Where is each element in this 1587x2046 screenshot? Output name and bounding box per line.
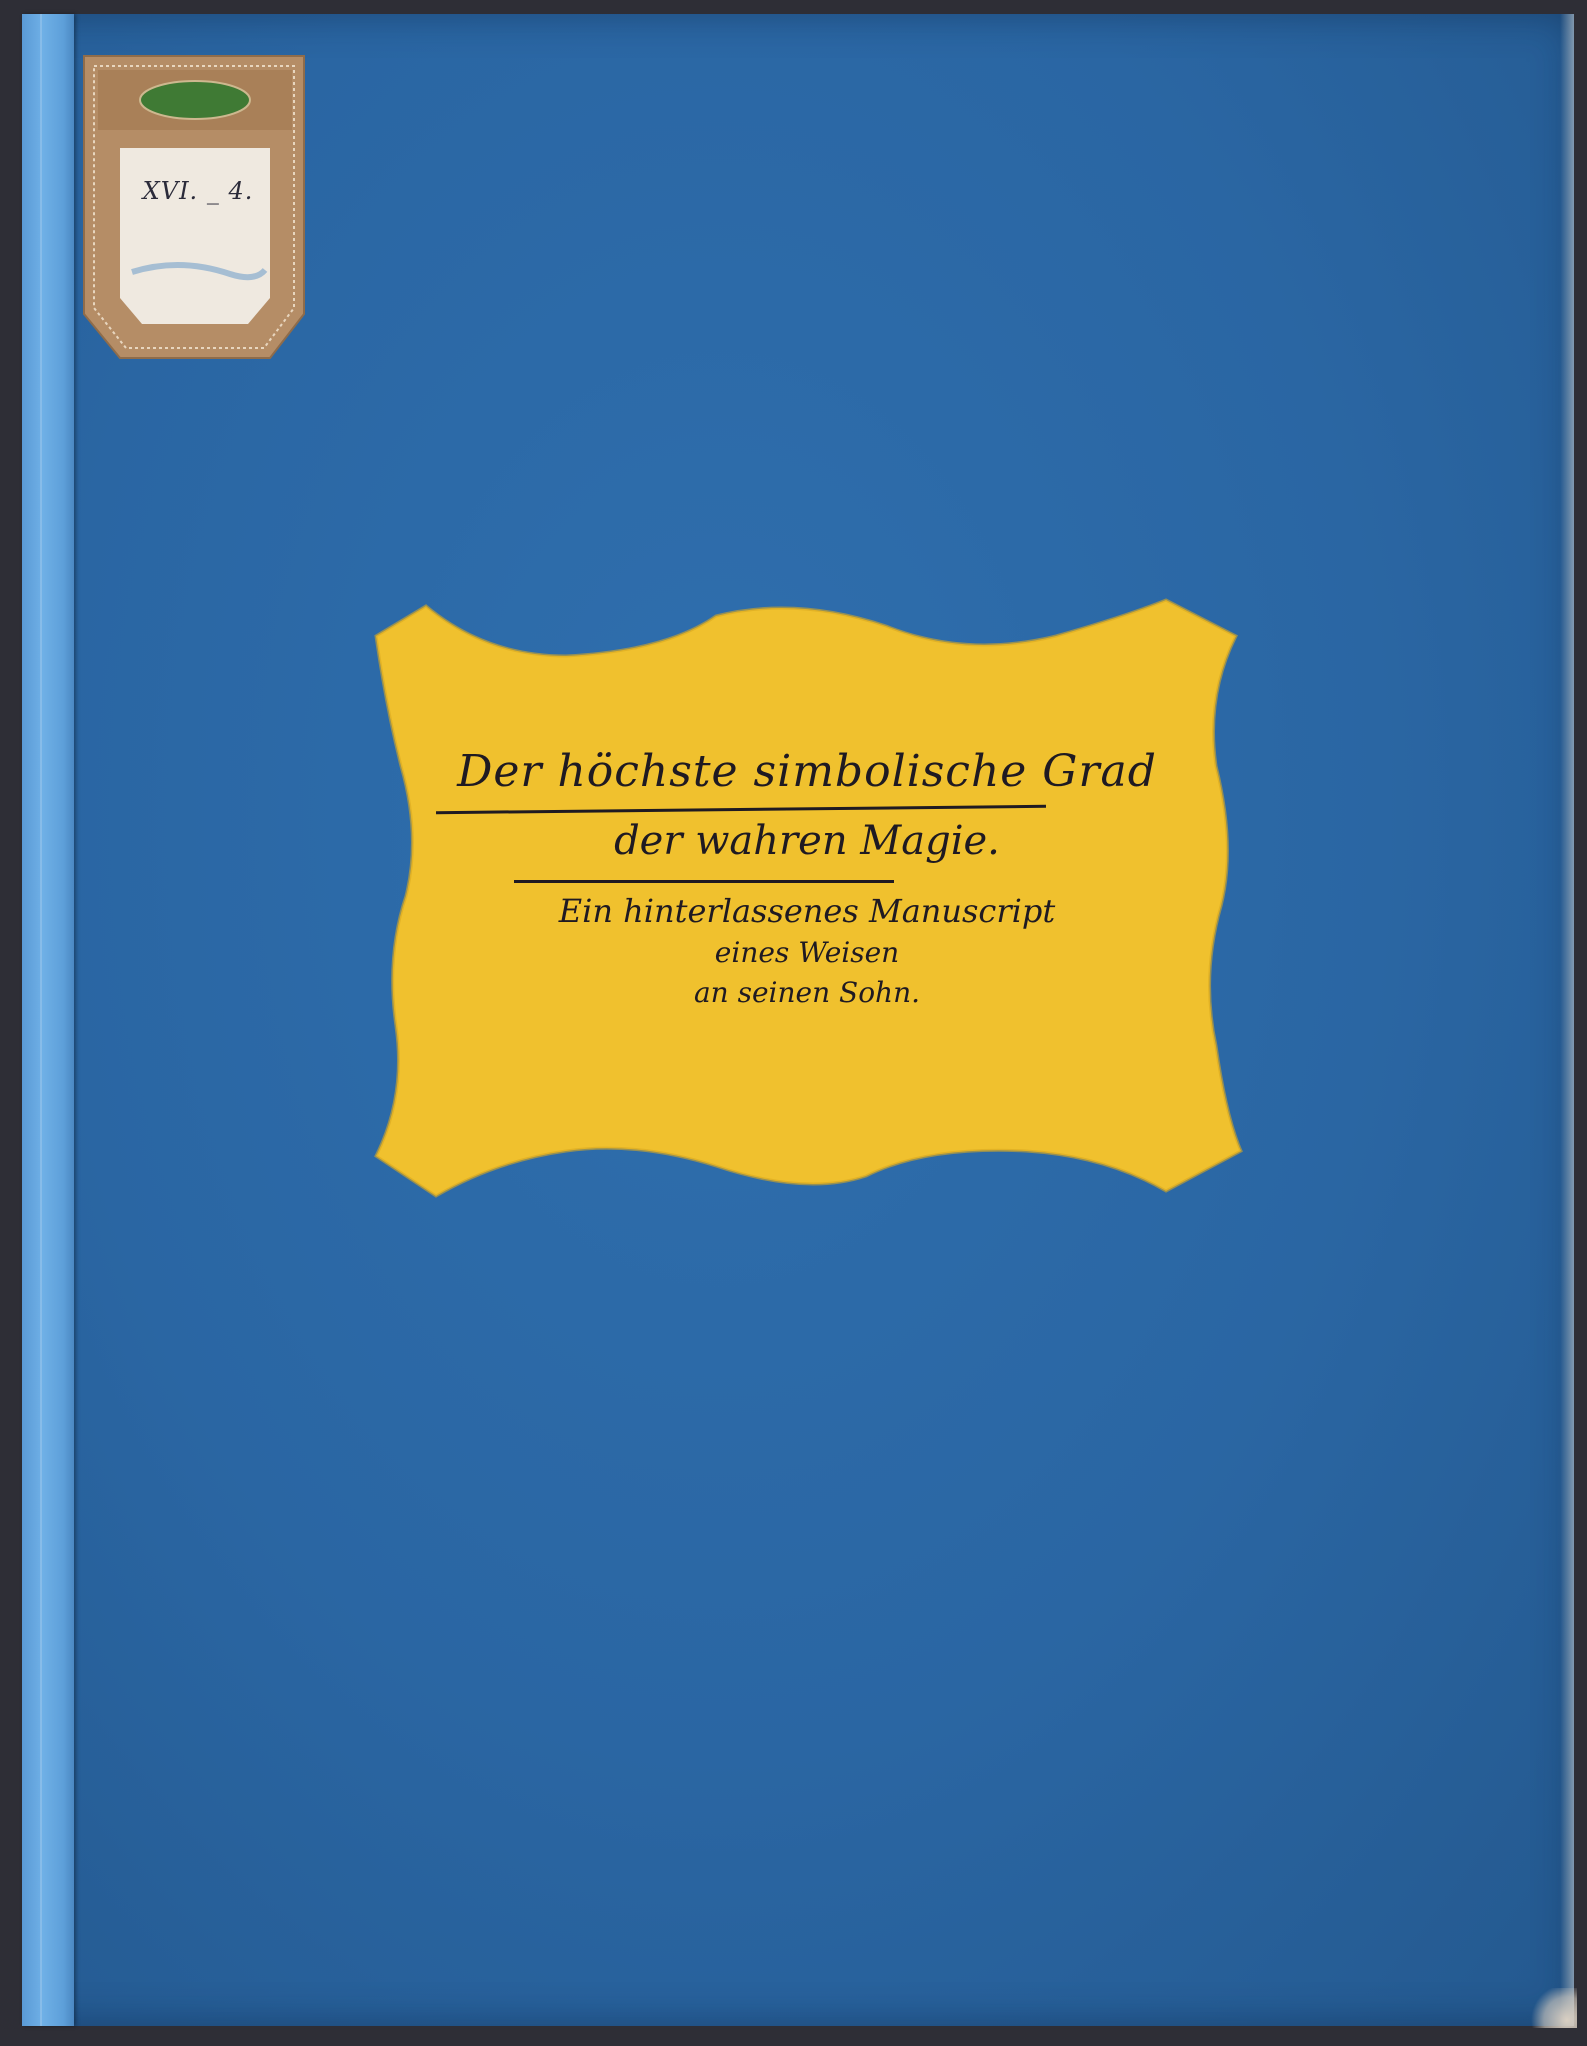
title-underline-2 — [514, 880, 894, 883]
title-line-2: der wahren Magie. — [366, 818, 1248, 864]
ornamental-label-frame-icon — [80, 52, 310, 364]
title-line-1: Der höchste simbolische Grad — [366, 746, 1248, 797]
subtitle-line-1: Ein hinterlassenes Manuscript — [366, 892, 1248, 930]
subtitle-line-3: an seinen Sohn. — [366, 976, 1248, 1009]
subtitle-line-2: eines Weisen — [366, 936, 1248, 969]
shelf-mark-label: XVI. _ 4. — [80, 52, 310, 364]
title-label: Der höchste simbolische Grad der wahren … — [366, 596, 1248, 1198]
worn-corner — [1527, 1988, 1577, 2028]
shelf-mark-text: XVI. _ 4. — [138, 177, 258, 205]
book-spine-cloth — [22, 14, 74, 2026]
